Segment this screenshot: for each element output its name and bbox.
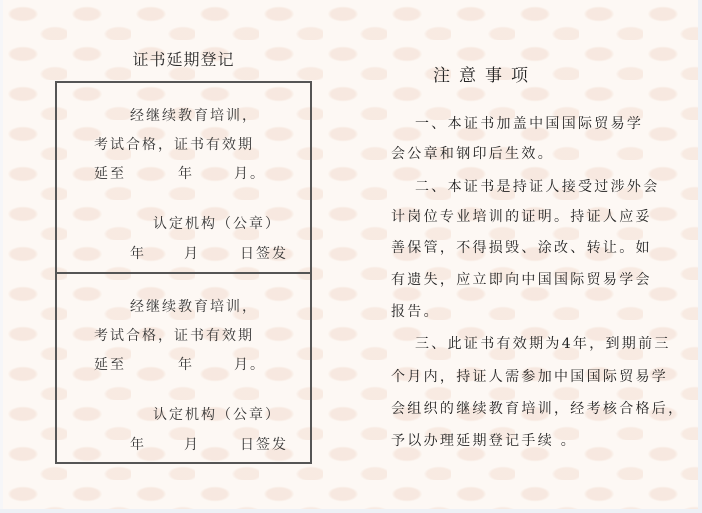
registration-entry-2: 经继续教育培训， 考试合格，证书有效期 延至年月。 认定机构（公章） 年月日签发 <box>57 274 310 463</box>
extended-until-label: 延至 <box>94 166 126 182</box>
note-2-line-2: 计岗位专业培训的证明。持证人应妥 <box>391 206 652 226</box>
registration-entry-1: 经继续教育培训， 考试合格，证书有效期 延至年月。 认定机构（公章） 年月日签发 <box>57 83 310 274</box>
issue-day-label: 日签发 <box>240 246 288 262</box>
issue-year-label: 年 <box>130 437 146 453</box>
note-2-line-5: 报告。 <box>391 301 440 321</box>
issue-day-label: 日签发 <box>240 437 288 453</box>
month-label: 月。 <box>234 166 266 182</box>
issue-month-label: 月 <box>184 437 200 453</box>
training-line: 经继续教育培训， <box>130 105 258 125</box>
certificate-page: 证书延期登记 经继续教育培训， 考试合格，证书有效期 延至年月。 认定机构（公章… <box>3 0 698 509</box>
month-label: 月。 <box>234 357 266 373</box>
note-2-line-3: 善保管，不得损毁、涂改、转让。如 <box>391 237 652 257</box>
authority-seal-label: 认定机构（公章） <box>153 404 281 424</box>
validity-line: 考试合格，证书有效期 <box>94 134 254 154</box>
issue-date-line: 年月日签发 <box>130 434 288 454</box>
year-label: 年 <box>178 166 194 182</box>
authority-seal-label: 认定机构（公章） <box>153 213 281 233</box>
page-edge-bottom <box>0 509 702 513</box>
registration-title: 证书延期登记 <box>55 47 312 70</box>
note-1-line-1: 一、本证书加盖中国国际贸易学 <box>415 113 643 133</box>
validity-line: 考试合格，证书有效期 <box>94 325 254 345</box>
note-3-line-3: 会组织的继续教育培训，经考核合格后， <box>391 398 684 418</box>
notes-title: 注意事项 <box>433 61 537 86</box>
extended-until-line: 延至年月。 <box>94 163 266 183</box>
note-2-line-4: 有遗失，应立即向中国国际贸易学会 <box>391 269 652 289</box>
year-label: 年 <box>178 357 194 373</box>
extended-until-label: 延至 <box>94 357 126 373</box>
issue-month-label: 月 <box>184 246 200 262</box>
note-3-line-2: 个月内，持证人需参加中国国际贸易学 <box>391 366 668 386</box>
registration-box: 经继续教育培训， 考试合格，证书有效期 延至年月。 认定机构（公章） 年月日签发… <box>55 81 312 464</box>
note-1-line-2: 会公章和钢印后生效。 <box>391 143 554 163</box>
extended-until-line: 延至年月。 <box>94 354 266 374</box>
note-3-line-4: 予以办理延期登记手续 。 <box>391 430 577 450</box>
note-2-line-1: 二、本证书是持证人接受过涉外会 <box>415 176 660 196</box>
page-edge-right <box>698 0 702 513</box>
issue-year-label: 年 <box>130 246 146 262</box>
page-edge-left <box>0 0 3 513</box>
issue-date-line: 年月日签发 <box>130 243 288 263</box>
note-3-line-1: 三、此证书有效期为4年，到期前三 <box>415 333 671 353</box>
training-line: 经继续教育培训， <box>130 296 258 316</box>
